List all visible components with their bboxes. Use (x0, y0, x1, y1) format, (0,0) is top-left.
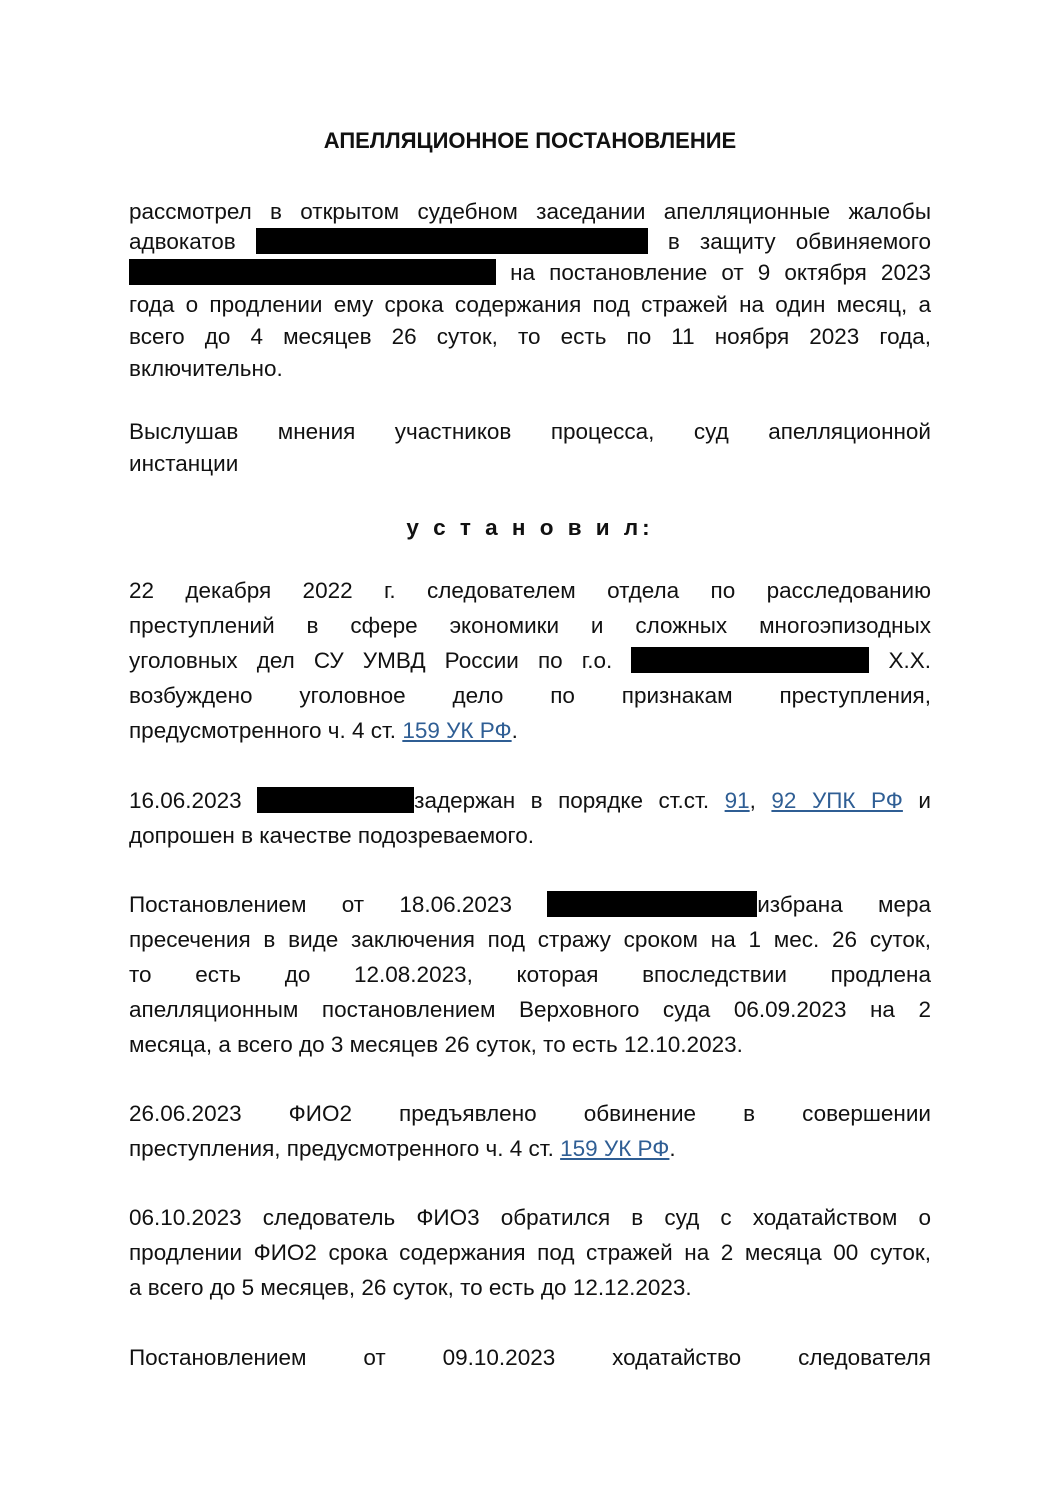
text: 16.06.2023 (129, 788, 242, 813)
paragraph-2-line-1: Выслушав мнения участников процесса, суд… (129, 417, 931, 447)
text: преступления, предусмотренного ч. 4 ст. (129, 1136, 554, 1161)
law-link-159-uk-rf[interactable]: 159 УК РФ (560, 1136, 669, 1161)
text: на постановление от 9 октября 2023 (510, 260, 931, 285)
document-page: АПЕЛЛЯЦИОННОЕ ПОСТАНОВЛЕНИЕ рассмотрел в… (0, 0, 1060, 1500)
paragraph-1-line-1: рассмотрел в открытом судебном заседании… (129, 197, 931, 227)
paragraph-8-line-1: Постановлением от 09.10.2023 ходатайство… (129, 1343, 931, 1373)
redaction-block (129, 259, 496, 285)
text: задержан в порядке ст.ст. (414, 788, 709, 813)
section-heading: у с т а н о в и л: (129, 513, 931, 543)
redaction-block (631, 647, 869, 673)
redaction-block (256, 228, 648, 254)
paragraph-6-line-1: 26.06.2023 ФИО2 предъявлено обвинение в … (129, 1099, 931, 1129)
document-title: АПЕЛЛЯЦИОННОЕ ПОСТАНОВЛЕНИЕ (0, 128, 1060, 154)
paragraph-3-line-1: 22 декабря 2022 г. следователем отдела п… (129, 576, 931, 606)
text: избрана мера (757, 892, 931, 917)
paragraph-2-line-2: инстанции (129, 449, 931, 479)
paragraph-3-line-4: возбуждено уголовное дело по признакам п… (129, 681, 931, 711)
paragraph-5-line-2: пресечения в виде заключения под стражу … (129, 925, 931, 955)
paragraph-3-line-3: уголовных дел СУ УМВД России по г.о. Х.Х… (129, 646, 931, 676)
paragraph-5-line-1: Постановлением от 18.06.2023 избрана мер… (129, 890, 931, 920)
paragraph-7-line-1: 06.10.2023 следователь ФИО3 обратился в … (129, 1203, 931, 1233)
text: в защиту обвиняемого (668, 229, 931, 254)
law-link-91[interactable]: 91 (725, 788, 750, 813)
paragraph-5-line-5: месяца, а всего до 3 месяцев 26 суток, т… (129, 1030, 931, 1060)
text: . (669, 1136, 675, 1161)
paragraph-5-line-3: то есть до 12.08.2023, которая впоследст… (129, 960, 931, 990)
text: . (512, 718, 518, 743)
text: Постановлением от 18.06.2023 (129, 892, 512, 917)
text: адвокатов (129, 229, 236, 254)
redaction-block (257, 787, 414, 813)
text: уголовных дел СУ УМВД России по г.о. (129, 648, 612, 673)
paragraph-7-line-3: а всего до 5 месяцев, 26 суток, то есть … (129, 1273, 931, 1303)
paragraph-1-line-6: включительно. (129, 354, 931, 384)
paragraph-3-line-2: преступлений в сфере экономики и сложных… (129, 611, 931, 641)
paragraph-4-line-1: 16.06.2023 задержан в порядке ст.ст. 91,… (129, 786, 931, 816)
law-link-92-upk-rf[interactable]: 92 УПК РФ (771, 788, 902, 813)
paragraph-1-line-4: года о продлении ему срока содержания по… (129, 290, 931, 320)
paragraph-6-line-2: преступления, предусмотренного ч. 4 ст. … (129, 1134, 931, 1164)
paragraph-3-line-5: предусмотренного ч. 4 ст. 159 УК РФ. (129, 716, 931, 746)
text: предусмотренного ч. 4 ст. (129, 718, 396, 743)
paragraph-1-line-3: на постановление от 9 октября 2023 (129, 258, 931, 288)
paragraph-4-line-2: допрошен в качестве подозреваемого. (129, 821, 931, 851)
redaction-block (547, 891, 757, 917)
paragraph-5-line-4: апелляционным постановлением Верховного … (129, 995, 931, 1025)
law-link-159-uk-rf[interactable]: 159 УК РФ (402, 718, 511, 743)
text: , (750, 788, 756, 813)
paragraph-1-line-2: адвокатов в защиту обвиняемого (129, 227, 931, 257)
paragraph-7-line-2: продлении ФИО2 срока содержания под стра… (129, 1238, 931, 1268)
paragraph-1-line-5: всего до 4 месяцев 26 суток, то есть по … (129, 322, 931, 352)
text: и (918, 788, 931, 813)
text: Х.Х. (888, 648, 931, 673)
